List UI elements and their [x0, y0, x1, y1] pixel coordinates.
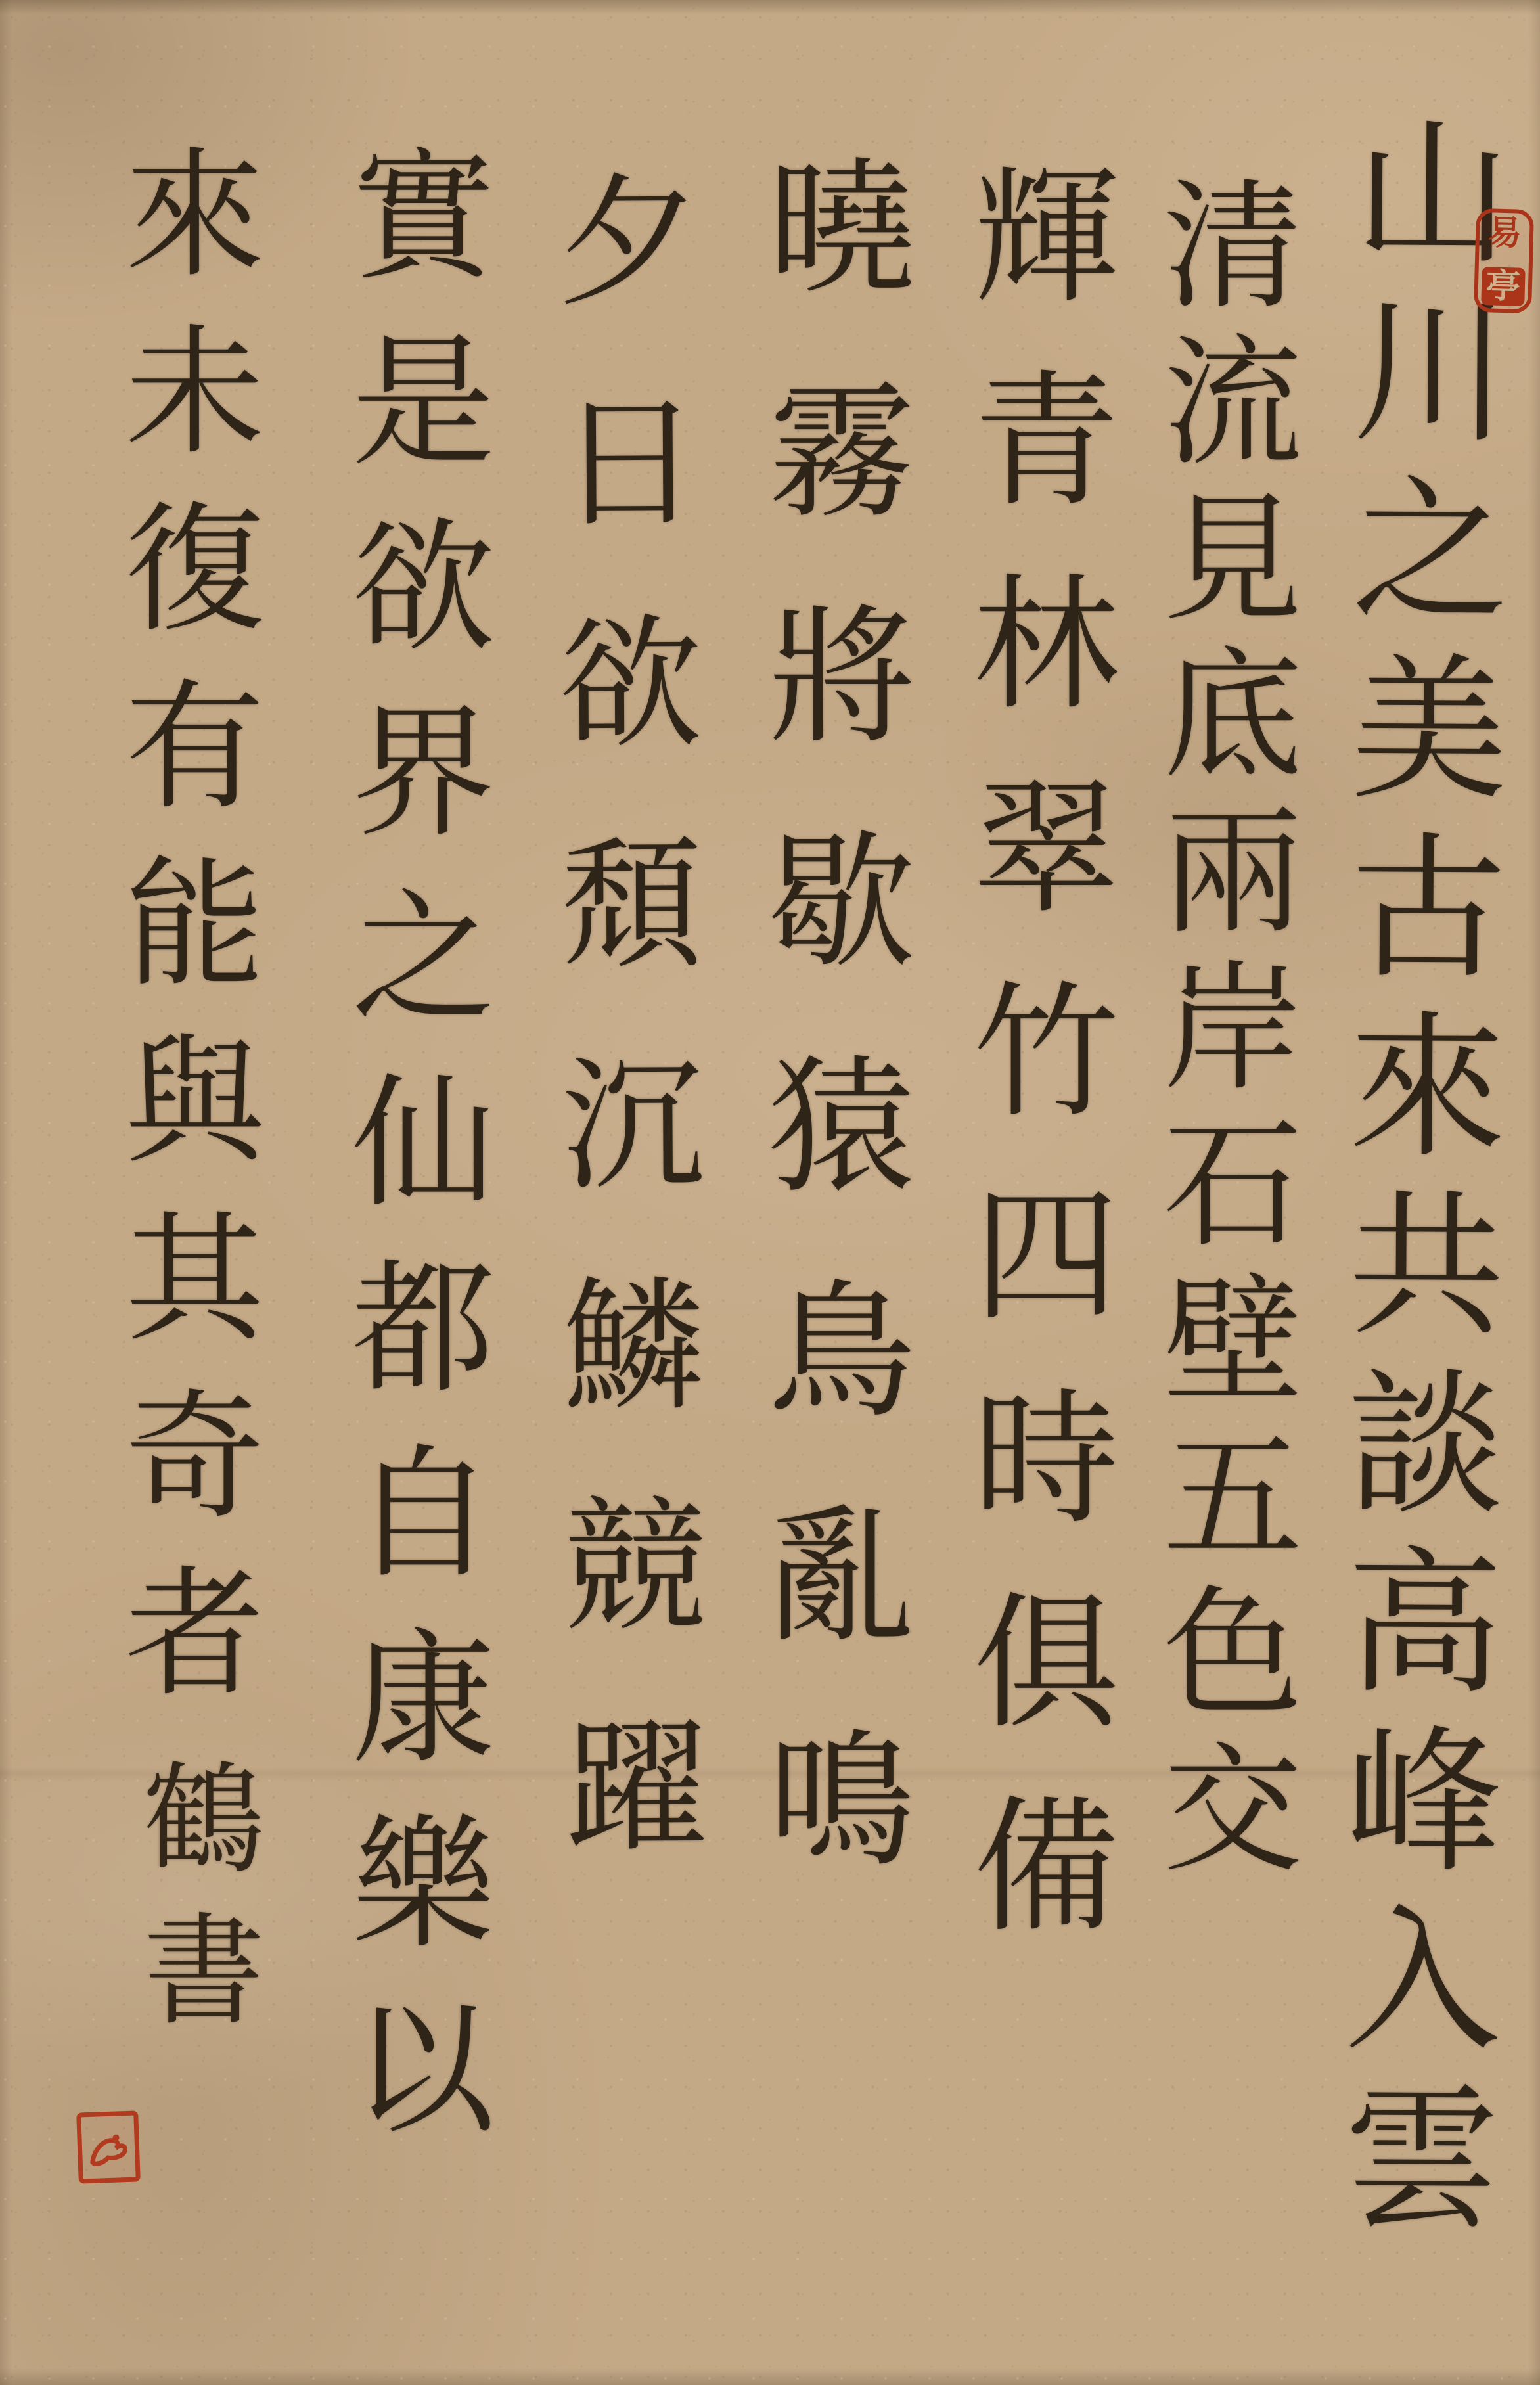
pictorial-seal-bottom-left — [76, 2110, 141, 2183]
calligraphy-column-6: 實是欲界之仙都自康樂以 — [339, 141, 482, 2179]
calligraphy-column-4: 曉霧將歇猿鳥亂鳴 — [756, 150, 903, 1947]
calligraphy-column-3: 輝青林翠竹四時俱備 — [961, 160, 1106, 1993]
seal-character-top: 易 — [1487, 216, 1522, 250]
artist-seal-top-right: 易 亭 — [1474, 208, 1534, 313]
calligraphy-column-2: 清流見底兩岸石壁五色交 — [1151, 172, 1290, 1892]
calligraphy-column-7: 來未復有能與其奇者 — [113, 141, 252, 1737]
calligraphy-column-5: 夕日欲頹沉鱗競躍 — [543, 166, 696, 1932]
calligraphy-column-1: 山川之美古來共談高峰入雲 — [1329, 110, 1497, 2255]
bird-glyph-icon — [85, 2120, 133, 2174]
artist-signature: 鶴書 — [133, 1756, 254, 2058]
calligraphy-scroll-photo: 山川之美古來共談高峰入雲 清流見底兩岸石壁五色交 輝青林翠竹四時俱備 曉霧將歇猿… — [0, 0, 1540, 2385]
seal-character-bottom: 亭 — [1481, 267, 1526, 306]
